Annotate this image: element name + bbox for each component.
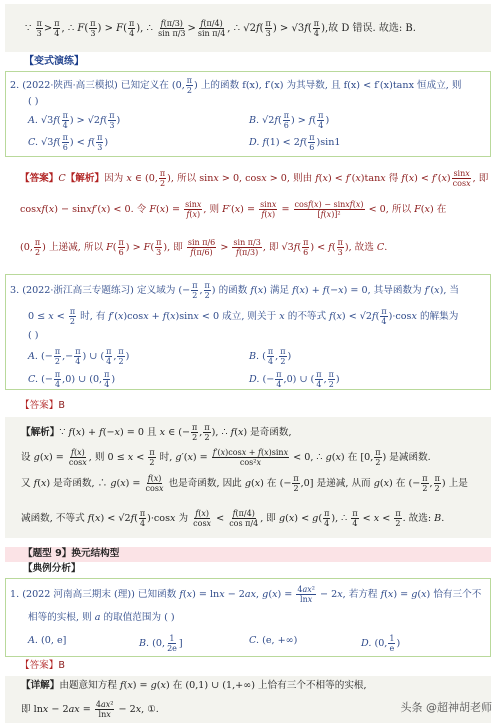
ex1-option-c[interactable]: C. (e, +∞) [249, 634, 297, 648]
ex1-stem-line-2: 相等的实根, 则 a 的取值范围为 ( ) [28, 611, 175, 625]
watermark-text: 头条 @超神胡老师 [401, 699, 493, 715]
q2-stem: 2. (2022·陕西·高三模拟) 已知定义在 (0,π2) 上的函数 f(x)… [10, 76, 462, 95]
ex1-stem-line-1: 1. (2022 河南高三期末 (理)) 已知函数 f(x) = lnx − 2… [10, 585, 481, 604]
q2-option-a[interactable]: A. √3f(π4) > √2f(π3) [28, 111, 120, 130]
q3-blank: ( ) [28, 329, 39, 343]
q3-analysis-line-2: 设 g(x) = f(x)cosx, 则 0 ≤ x < π2 时, g′(x)… [21, 448, 431, 467]
type-9-bar: 【题型 9】换元结构型 [5, 547, 491, 562]
q3-analysis-line-4: 减函数, 不等式 f(x) < √2f(π4)·cosx 为 f(x)cosx … [21, 509, 444, 528]
ex1-option-a[interactable]: A. (0, e] [28, 634, 66, 648]
q3-option-b[interactable]: B. (π4,π2) [249, 347, 291, 366]
q3-answer: 【答案】B [20, 399, 65, 413]
q2-option-b[interactable]: B. √2f(π6) > f(π4) [249, 111, 329, 130]
q3-stem-line-2: 0 ≤ x < π2 时, 有 f′(x)cosx + f(x)sinx < 0… [28, 307, 458, 326]
top-solution-line: ∵ π3>π4, ∴ F(π3) > F(π4), ∴ f(π/3)sin π/… [25, 19, 416, 38]
question-3-box: 3. (2022·浙江高三专题练习) 定义域为 (−π2,π2) 的函数 f(x… [5, 274, 491, 390]
ex1-option-b[interactable]: B. (0,12e] [139, 634, 183, 653]
q2-option-c[interactable]: C. √3f(π6) < f(π3) [28, 133, 108, 152]
type-9-heading: 【题型 9】换元结构型 [23, 547, 119, 561]
section-variant-heading: 【变式演练】 [24, 55, 84, 69]
q2-blank: ( ) [28, 95, 39, 109]
ex1-detail-line-1: 【详解】由题意知方程 f(x) = g(x) 在 (0,1) ∪ (1,+∞) … [21, 679, 367, 693]
ex1-detail-line-2: 即 lnx − 2ax = 4ax²lnx − 2x, ①. [21, 700, 159, 719]
ex1-option-d[interactable]: D. (0,1e) [361, 634, 400, 653]
q2-option-d[interactable]: D. f(1) < 2f(π6)sin1 [249, 133, 340, 152]
q3-option-c[interactable]: C. (−π4,0) ∪ (0,π4) [28, 370, 115, 389]
q3-analysis-line-1: 【解析】∵ f(x) + f(−x) = 0 且 x ∈ (−π2,π2), ∴… [21, 423, 292, 442]
q2-analysis-line-1: 【答案】C【解析】因为 x ∈ (0,π2), 所以 sinx > 0, cos… [20, 169, 488, 188]
q3-analysis-line-3: 又 f(x) 是奇函数, ∴ g(x) = f(x)cosx 也是奇函数, 因此… [21, 474, 468, 493]
q2-analysis-line-2: cosxf(x) − sinxf′(x) < 0. 令 F(x) = sinxf… [20, 200, 446, 219]
ex1-answer: 【答案】B [20, 659, 65, 673]
q3-option-a[interactable]: A. (−π2,−π4) ∪ (π4,π2) [28, 347, 129, 366]
example-1-box: 1. (2022 河南高三期末 (理)) 已知函数 f(x) = lnx − 2… [5, 578, 491, 657]
question-2-box: 2. (2022·陕西·高三模拟) 已知定义在 (0,π2) 上的函数 f(x)… [5, 71, 491, 157]
section-example-heading: 【典例分析】 [23, 562, 81, 576]
q2-analysis-line-3: (0,π2) 上递减, 所以 F(π6) > F(π3), 即 sin π/6f… [20, 238, 387, 257]
q3-stem-line-1: 3. (2022·浙江高三专题练习) 定义域为 (−π2,π2) 的函数 f(x… [10, 281, 459, 300]
q3-option-d[interactable]: D. (−π4,0) ∪ (π4,π2) [249, 370, 340, 389]
q3-analysis-block: 【解析】∵ f(x) + f(−x) = 0 且 x ∈ (−π2,π2), ∴… [5, 417, 491, 538]
top-solution-block: ∵ π3>π4, ∴ F(π3) > F(π4), ∴ f(π/3)sin π/… [5, 4, 491, 52]
